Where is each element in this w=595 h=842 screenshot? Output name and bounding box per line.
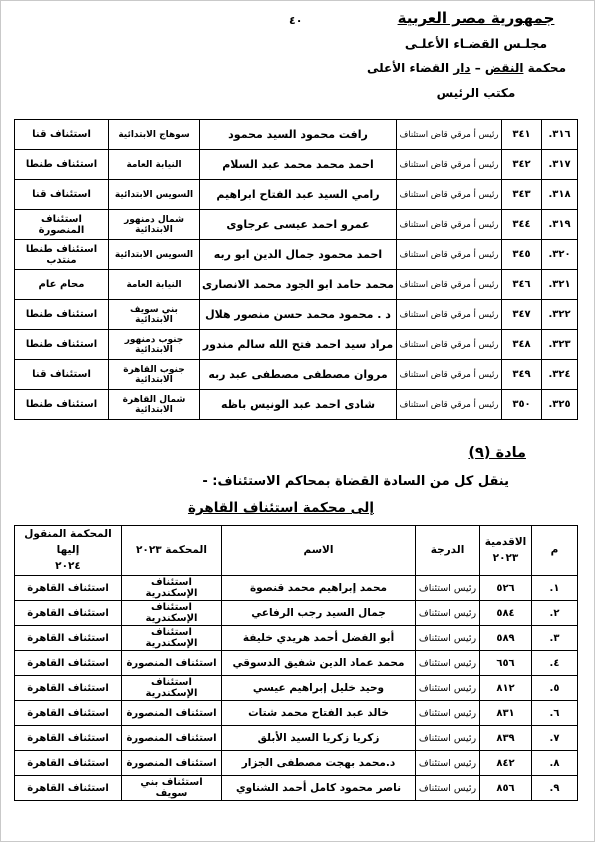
letterhead-court-underlined-2: دار — [453, 61, 470, 75]
seniority-cell: ٨٣٩ — [480, 726, 532, 751]
serial-number-cell: ٧. — [532, 726, 578, 751]
judges-promotion-table-body: ٣١٦. ٣٤١ رئيس أ مرقي قاض استئناف رافت مح… — [15, 120, 578, 420]
judge-row: ٣٢٢. ٣٤٧ رئيس أ مرقي قاض استئناف د . محم… — [15, 300, 578, 330]
judges-transfer-table: م الاقدمية ٢٠٢٣ الدرجة الاسم المحكمة ٢٠٢… — [14, 525, 578, 801]
transfer-court-cell: استئناف القاهرة — [15, 776, 122, 801]
grade-cell: رئيس استئناف — [416, 726, 480, 751]
judge-row: ٣١٧. ٣٤٢ رئيس أ مرقي قاض استئناف احمد مح… — [15, 150, 578, 180]
header-grade: الدرجة — [416, 526, 480, 576]
judge-name-cell: ناصر محمود كامل أحمد الشناوي — [222, 776, 416, 801]
court-2023-cell: استئناف بني سويف — [122, 776, 222, 801]
judge-name-cell: مراد سيد احمد فتح الله سالم مندور — [200, 330, 397, 360]
seniority-cell: ٨٤٢ — [480, 751, 532, 776]
grade-cell: رئيس استئناف — [416, 576, 480, 601]
judge-name-cell: احمد محمود جمال الدين ابو ربه — [200, 240, 397, 270]
appeal-court-cell: استئناف قنا — [15, 180, 109, 210]
court-2023-cell: استئناف المنصورة — [122, 751, 222, 776]
grade-cell: رئيس أ مرقي قاض استئناف — [397, 300, 502, 330]
transfer-row: ٧. ٨٣٩ رئيس استئناف زكريا زكريا السيد ال… — [15, 726, 578, 751]
grade-cell: رئيس أ مرقي قاض استئناف — [397, 180, 502, 210]
grade-cell: رئيس استئناف — [416, 701, 480, 726]
serial-number-cell: ٤. — [532, 651, 578, 676]
order-number-cell: ٣٥٠ — [502, 390, 542, 420]
court-2023-cell: استئناف المنصورة — [122, 701, 222, 726]
court-2023-cell: استئناف الإسكندرية — [122, 601, 222, 626]
judge-row: ٣٢١. ٣٤٦ رئيس أ مرقي قاض استئناف محمد حا… — [15, 270, 578, 300]
letterhead-supreme-judicial-council: مجلـس القضـاء الأعلـى — [386, 36, 566, 51]
transfer-row: ١. ٥٢٦ رئيس استئناف محمد إبراهيم محمد قن… — [15, 576, 578, 601]
header-seniority: الاقدمية ٢٠٢٣ — [480, 526, 532, 576]
judge-name-cell: شادى احمد عبد الونيس باظه — [200, 390, 397, 420]
origin-court-cell: شمال القاهرة الابتدائية — [109, 390, 200, 420]
transfer-court-cell: استئناف القاهرة — [15, 751, 122, 776]
origin-court-cell: السويس الابتدائية — [109, 240, 200, 270]
transfer-row: ٨. ٨٤٢ رئيس استئناف د.محمد بهجت مصطفى ال… — [15, 751, 578, 776]
transfer-court-cell: استئناف القاهرة — [15, 626, 122, 651]
transfer-row: ٤. ٦٥٦ رئيس استئناف محمد عماد الدين شفيق… — [15, 651, 578, 676]
judges-transfer-table-body: ١. ٥٢٦ رئيس استئناف محمد إبراهيم محمد قن… — [15, 576, 578, 801]
transfer-row: ٥. ٨١٢ رئيس استئناف وحيد خليل إبراهيم عي… — [15, 676, 578, 701]
grade-cell: رئيس استئناف — [416, 601, 480, 626]
grade-cell: رئيس أ مرقي قاض استئناف — [397, 360, 502, 390]
judge-name-cell: احمد محمد محمد عبد السلام — [200, 150, 397, 180]
judge-name-cell: أبو الفضل أحمد هريدي خليفة — [222, 626, 416, 651]
serial-number-cell: ٣٢٢. — [542, 300, 578, 330]
seniority-cell: ٨١٢ — [480, 676, 532, 701]
appeal-court-cell: استئناف طنطا — [15, 150, 109, 180]
order-number-cell: ٣٤٥ — [502, 240, 542, 270]
header-serial: م — [532, 526, 578, 576]
letterhead-republic-title: جمهورية مصر العربية — [386, 9, 566, 27]
judge-row: ٣٢٤. ٣٤٩ رئيس أ مرقي قاض استئناف مروان م… — [15, 360, 578, 390]
grade-cell: رئيس استئناف — [416, 651, 480, 676]
order-number-cell: ٣٤١ — [502, 120, 542, 150]
article-9-title: مادة (٩) — [468, 445, 526, 461]
serial-number-cell: ٣٢٤. — [542, 360, 578, 390]
seniority-cell: ٨٥٦ — [480, 776, 532, 801]
judge-name-cell: رامي السيد عبد الفتاح ابراهيم — [200, 180, 397, 210]
judge-name-cell: مروان مصطفى مصطفى عبد ربه — [200, 360, 397, 390]
court-2023-cell: استئناف المنصورة — [122, 726, 222, 751]
grade-cell: رئيس أ مرقي قاض استئناف — [397, 390, 502, 420]
judge-name-cell: جمال السيد رجب الرفاعي — [222, 601, 416, 626]
serial-number-cell: ٣١٩. — [542, 210, 578, 240]
appeal-court-cell: استئناف طنطا — [15, 390, 109, 420]
order-number-cell: ٣٤٨ — [502, 330, 542, 360]
grade-cell: رئيس استئناف — [416, 676, 480, 701]
origin-court-cell: النيابة العامة — [109, 270, 200, 300]
appeal-court-cell: استئناف طنطا منتدب — [15, 240, 109, 270]
seniority-cell: ٥٨٩ — [480, 626, 532, 651]
page-number: ٤٠ — [289, 14, 302, 27]
order-number-cell: ٣٤٧ — [502, 300, 542, 330]
header-transfer-line2: ٢٠٢٤ — [55, 560, 81, 572]
serial-number-cell: ٣٢٠. — [542, 240, 578, 270]
origin-court-cell: شمال دمنهور الابتدائية — [109, 210, 200, 240]
order-number-cell: ٣٤٢ — [502, 150, 542, 180]
judge-row: ٣١٨. ٣٤٣ رئيس أ مرقي قاض استئناف رامي ال… — [15, 180, 578, 210]
header-row: م الاقدمية ٢٠٢٣ الدرجة الاسم المحكمة ٢٠٢… — [15, 526, 578, 576]
grade-cell: رئيس أ مرقي قاض استئناف — [397, 270, 502, 300]
serial-number-cell: ٢. — [532, 601, 578, 626]
serial-number-cell: ٣٢٥. — [542, 390, 578, 420]
seniority-cell: ٥٢٦ — [480, 576, 532, 601]
letterhead-president-office: مكتب الرئيس — [386, 86, 566, 100]
letterhead-court-separator: – — [471, 61, 485, 75]
judge-row: ٣٢٣. ٣٤٨ رئيس أ مرقي قاض استئناف مراد سي… — [15, 330, 578, 360]
transfer-row: ٩. ٨٥٦ رئيس استئناف ناصر محمود كامل أحمد… — [15, 776, 578, 801]
judge-name-cell: زكريا زكريا السيد الأبلق — [222, 726, 416, 751]
serial-number-cell: ٦. — [532, 701, 578, 726]
serial-number-cell: ١. — [532, 576, 578, 601]
letterhead: جمهورية مصر العربية مجلـس القضـاء الأعلـ… — [386, 9, 566, 100]
judge-name-cell: رافت محمود السيد محمود — [200, 120, 397, 150]
order-number-cell: ٣٤٦ — [502, 270, 542, 300]
grade-cell: رئيس أ مرقي قاض استئناف — [397, 210, 502, 240]
header-transfer-court: المحكمة المنقول إليها ٢٠٢٤ — [15, 526, 122, 576]
letterhead-court-prefix: محكمة — [523, 61, 566, 75]
transfer-court-cell: استئناف القاهرة — [15, 576, 122, 601]
grade-cell: رئيس أ مرقي قاض استئناف — [397, 150, 502, 180]
header-name: الاسم — [222, 526, 416, 576]
transfer-court-cell: استئناف القاهرة — [15, 601, 122, 626]
order-number-cell: ٣٤٣ — [502, 180, 542, 210]
judge-row: ٣١٩. ٣٤٤ رئيس أ مرقي قاض استئناف عمرو اح… — [15, 210, 578, 240]
transfer-row: ٦. ٨٣١ رئيس استئناف خالد عبد الفتاح محمد… — [15, 701, 578, 726]
serial-number-cell: ٨. — [532, 751, 578, 776]
court-2023-cell: استئناف الإسكندرية — [122, 576, 222, 601]
header-transfer-line1: المحكمة المنقول إليها — [24, 528, 111, 556]
cairo-appeal-court-subtitle: إلى محكمة استئناف القاهرة — [188, 500, 374, 516]
origin-court-cell: بني سويف الابتدائية — [109, 300, 200, 330]
letterhead-court-underlined-1: النقض — [485, 61, 524, 75]
grade-cell: رئيس استئناف — [416, 776, 480, 801]
header-court-2023: المحكمة ٢٠٢٣ — [122, 526, 222, 576]
serial-number-cell: ٣. — [532, 626, 578, 651]
transfer-court-cell: استئناف القاهرة — [15, 676, 122, 701]
article-9-text: ينقل كل من السادة القضاة بمحاكم الاستئنا… — [202, 474, 509, 489]
seniority-cell: ٨٣١ — [480, 701, 532, 726]
grade-cell: رئيس أ مرقي قاض استئناف — [397, 120, 502, 150]
court-2023-cell: استئناف المنصورة — [122, 651, 222, 676]
judge-name-cell: وحيد خليل إبراهيم عيسي — [222, 676, 416, 701]
grade-cell: رئيس أ مرقي قاض استئناف — [397, 240, 502, 270]
origin-court-cell: النيابة العامة — [109, 150, 200, 180]
letterhead-court-suffix: القضاء الأعلى — [367, 61, 453, 75]
judge-name-cell: د.محمد بهجت مصطفى الجزار — [222, 751, 416, 776]
judge-name-cell: د . محمود محمد حسن منصور هلال — [200, 300, 397, 330]
origin-court-cell: السويس الابتدائية — [109, 180, 200, 210]
origin-court-cell: جنوب القاهرة الابتدائية — [109, 360, 200, 390]
transfer-court-cell: استئناف القاهرة — [15, 651, 122, 676]
document-page: ٤٠ جمهورية مصر العربية مجلـس القضـاء الأ… — [0, 0, 595, 842]
letterhead-cassation-court: محكمة النقض – دار القضاء الأعلى — [386, 61, 566, 75]
appeal-court-cell: استئناف طنطا — [15, 300, 109, 330]
judge-name-cell: محمد إبراهيم محمد قنصوة — [222, 576, 416, 601]
grade-cell: رئيس استئناف — [416, 751, 480, 776]
header-seniority-line2: ٢٠٢٣ — [493, 552, 519, 564]
appeal-court-cell: استئناف قنا — [15, 360, 109, 390]
judge-name-cell: محمد حامد ابو الجود محمد الانصارى — [200, 270, 397, 300]
header-seniority-line1: الاقدمية — [485, 536, 527, 548]
judge-row: ٣٢٥. ٣٥٠ رئيس أ مرقي قاض استئناف شادى اح… — [15, 390, 578, 420]
serial-number-cell: ٩. — [532, 776, 578, 801]
serial-number-cell: ٣١٨. — [542, 180, 578, 210]
serial-number-cell: ٣٢١. — [542, 270, 578, 300]
judges-transfer-table-head: م الاقدمية ٢٠٢٣ الدرجة الاسم المحكمة ٢٠٢… — [15, 526, 578, 576]
serial-number-cell: ٥. — [532, 676, 578, 701]
transfer-row: ٢. ٥٨٤ رئيس استئناف جمال السيد رجب الرفا… — [15, 601, 578, 626]
seniority-cell: ٥٨٤ — [480, 601, 532, 626]
appeal-court-cell: استئناف قنا — [15, 120, 109, 150]
appeal-court-cell: استئناف طنطا — [15, 330, 109, 360]
order-number-cell: ٣٤٩ — [502, 360, 542, 390]
judge-row: ٣٢٠. ٣٤٥ رئيس أ مرقي قاض استئناف احمد مح… — [15, 240, 578, 270]
judge-name-cell: محمد عماد الدين شفيق الدسوقي — [222, 651, 416, 676]
appeal-court-cell: استئناف المنصورة — [15, 210, 109, 240]
transfer-court-cell: استئناف القاهرة — [15, 726, 122, 751]
grade-cell: رئيس أ مرقي قاض استئناف — [397, 330, 502, 360]
transfer-court-cell: استئناف القاهرة — [15, 701, 122, 726]
court-2023-cell: استئناف الإسكندرية — [122, 626, 222, 651]
appeal-court-cell: محام عام — [15, 270, 109, 300]
judge-name-cell: خالد عبد الفتاح محمد شتات — [222, 701, 416, 726]
judges-promotion-table: ٣١٦. ٣٤١ رئيس أ مرقي قاض استئناف رافت مح… — [14, 119, 578, 420]
origin-court-cell: سوهاج الابتدائية — [109, 120, 200, 150]
serial-number-cell: ٣١٦. — [542, 120, 578, 150]
judge-row: ٣١٦. ٣٤١ رئيس أ مرقي قاض استئناف رافت مح… — [15, 120, 578, 150]
origin-court-cell: جنوب دمنهور الابتدائية — [109, 330, 200, 360]
judge-name-cell: عمرو احمد عيسى عرجاوى — [200, 210, 397, 240]
court-2023-cell: استئناف الإسكندرية — [122, 676, 222, 701]
transfer-row: ٣. ٥٨٩ رئيس استئناف أبو الفضل أحمد هريدي… — [15, 626, 578, 651]
order-number-cell: ٣٤٤ — [502, 210, 542, 240]
grade-cell: رئيس استئناف — [416, 626, 480, 651]
serial-number-cell: ٣١٧. — [542, 150, 578, 180]
serial-number-cell: ٣٢٣. — [542, 330, 578, 360]
seniority-cell: ٦٥٦ — [480, 651, 532, 676]
